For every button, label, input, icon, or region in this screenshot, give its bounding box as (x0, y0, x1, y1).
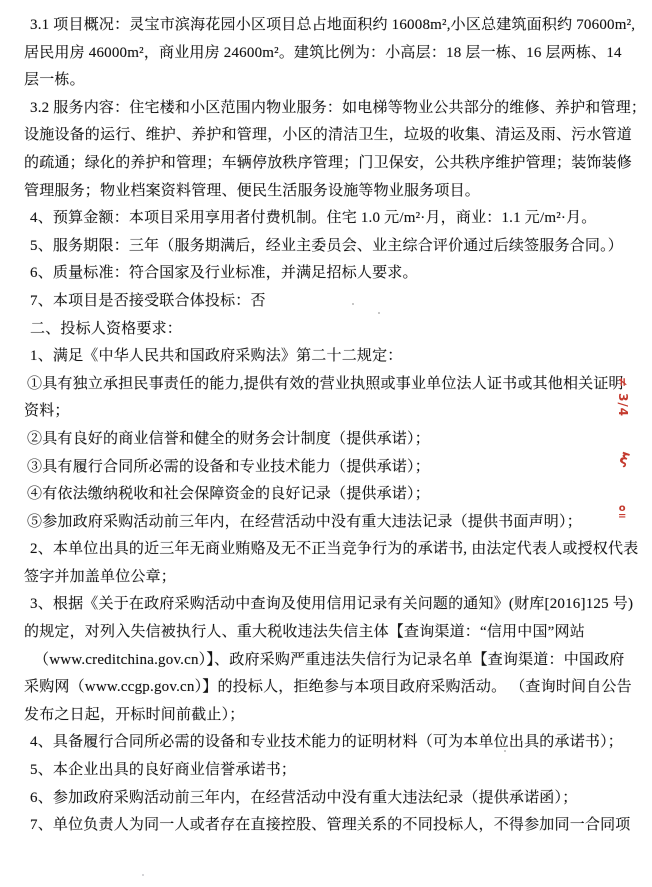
text-line: 层一栋。 (0, 67, 652, 95)
scanned-document-page: { "page": { "background": "#ffffff", "te… (0, 0, 652, 887)
text-line: 5、本企业出具的良好商业信誉承诺书； (0, 757, 652, 785)
text-line: 二、投标人资格要求： (0, 316, 652, 344)
text-line: 发布之日起，开标时间前截止）； (0, 702, 652, 730)
text-line: 4、预算金额：本项目采用享用者付费机制。住宅 1.0 元/m²·月，商业：1.1… (0, 205, 652, 233)
text-line: 设施设备的运行、维护、养护和管理，小区的清洁卫生，垃圾的收集、清运及雨、污水管道 (0, 122, 652, 150)
text-line: 资料； (0, 398, 652, 426)
text-line: 1、满足《中华人民共和国政府采购法》第二十二规定： (0, 343, 652, 371)
text-line: 3.1 项目概况：灵宝市滨海花园小区项目总占地面积约 16008m²,小区总建筑… (0, 12, 652, 40)
text-line: 的规定，对列入失信被执行人、重大税收违法失信主体【查询渠道：“信用中国”网站 (0, 619, 652, 647)
scan-noise-speck (504, 750, 506, 752)
text-line: 3.2 服务内容：住宅楼和小区范围内物业服务：如电梯等物业公共部分的维修、养护和… (0, 95, 652, 123)
text-line: 采购网（www.ccgp.gov.cn）】的投标人，拒绝参与本项目政府采购活动。… (0, 674, 652, 702)
handwritten-fraction-mark: ≠ 3/4 (616, 377, 630, 417)
text-line: （www.creditchina.gov.cn）】、政府采购严重违法失信行为记录… (0, 647, 652, 675)
text-line: ①具有独立承担民事责任的能力,提供有效的营业执照或事业单位法人证书或其他相关证明 (0, 371, 652, 399)
text-line: ②具有良好的商业信誉和健全的财务会计制度（提供承诺）； (0, 426, 652, 454)
scan-noise-speck (378, 312, 380, 314)
scan-noise-speck (142, 874, 144, 876)
scan-noise-speck (352, 303, 354, 305)
text-line: 7、单位负责人为同一人或者存在直接控股、管理关系的不同投标人，不得参加同一合同项 (0, 812, 652, 840)
text-line: 5、服务期限：三年（服务期满后，经业主委员会、业主综合评价通过后续签服务合同。） (0, 233, 652, 261)
text-line: 3、根据《关于在政府采购活动中查询及使用信用记录有关问题的通知》(财库[2016… (0, 591, 652, 619)
text-line: 7、本项目是否接受联合体投标：否 (0, 288, 652, 316)
text-line: 6、参加政府采购活动前三年内，在经营活动中没有重大违法纪录（提供承诺函）； (0, 785, 652, 813)
text-line: 6、质量标准：符合国家及行业标准，并满足招标人要求。 (0, 260, 652, 288)
text-line: 管理服务；物业档案资料管理、便民生活服务设施等物业服务项目。 (0, 178, 652, 206)
text-line: ③具有履行合同所必需的设备和专业技术能力（提供承诺）； (0, 454, 652, 482)
handwritten-circle-equals-mark: o = (618, 505, 626, 521)
text-line: 4、具备履行合同所必需的设备和专业技术能力的证明材料（可为本单位出具的承诺书）； (0, 729, 652, 757)
text-line: ⑤参加政府采购活动前三年内，在经营活动中没有重大违法记录（提供书面声明）； (0, 509, 652, 537)
text-line: 2、本单位出具的近三年无商业贿赂及无不正当竞争行为的承诺书, 由法定代表人或授权… (0, 536, 652, 564)
text-line: 签字并加盖单位公章； (0, 564, 652, 592)
text-line: ④有依法缴纳税收和社会保障资金的良好记录（提供承诺）； (0, 481, 652, 509)
text-line: 的疏通；绿化的养护和管理；车辆停放秩序管理；门卫保安，公共秩序维护管理；装饰装修 (0, 150, 652, 178)
text-line: 居民用房 46000m²，商业用房 24600m²。建筑比例为：小高层：18 层… (0, 40, 652, 68)
document-body: 3.1 项目概况：灵宝市滨海花园小区项目总占地面积约 16008m²,小区总建筑… (0, 12, 652, 840)
